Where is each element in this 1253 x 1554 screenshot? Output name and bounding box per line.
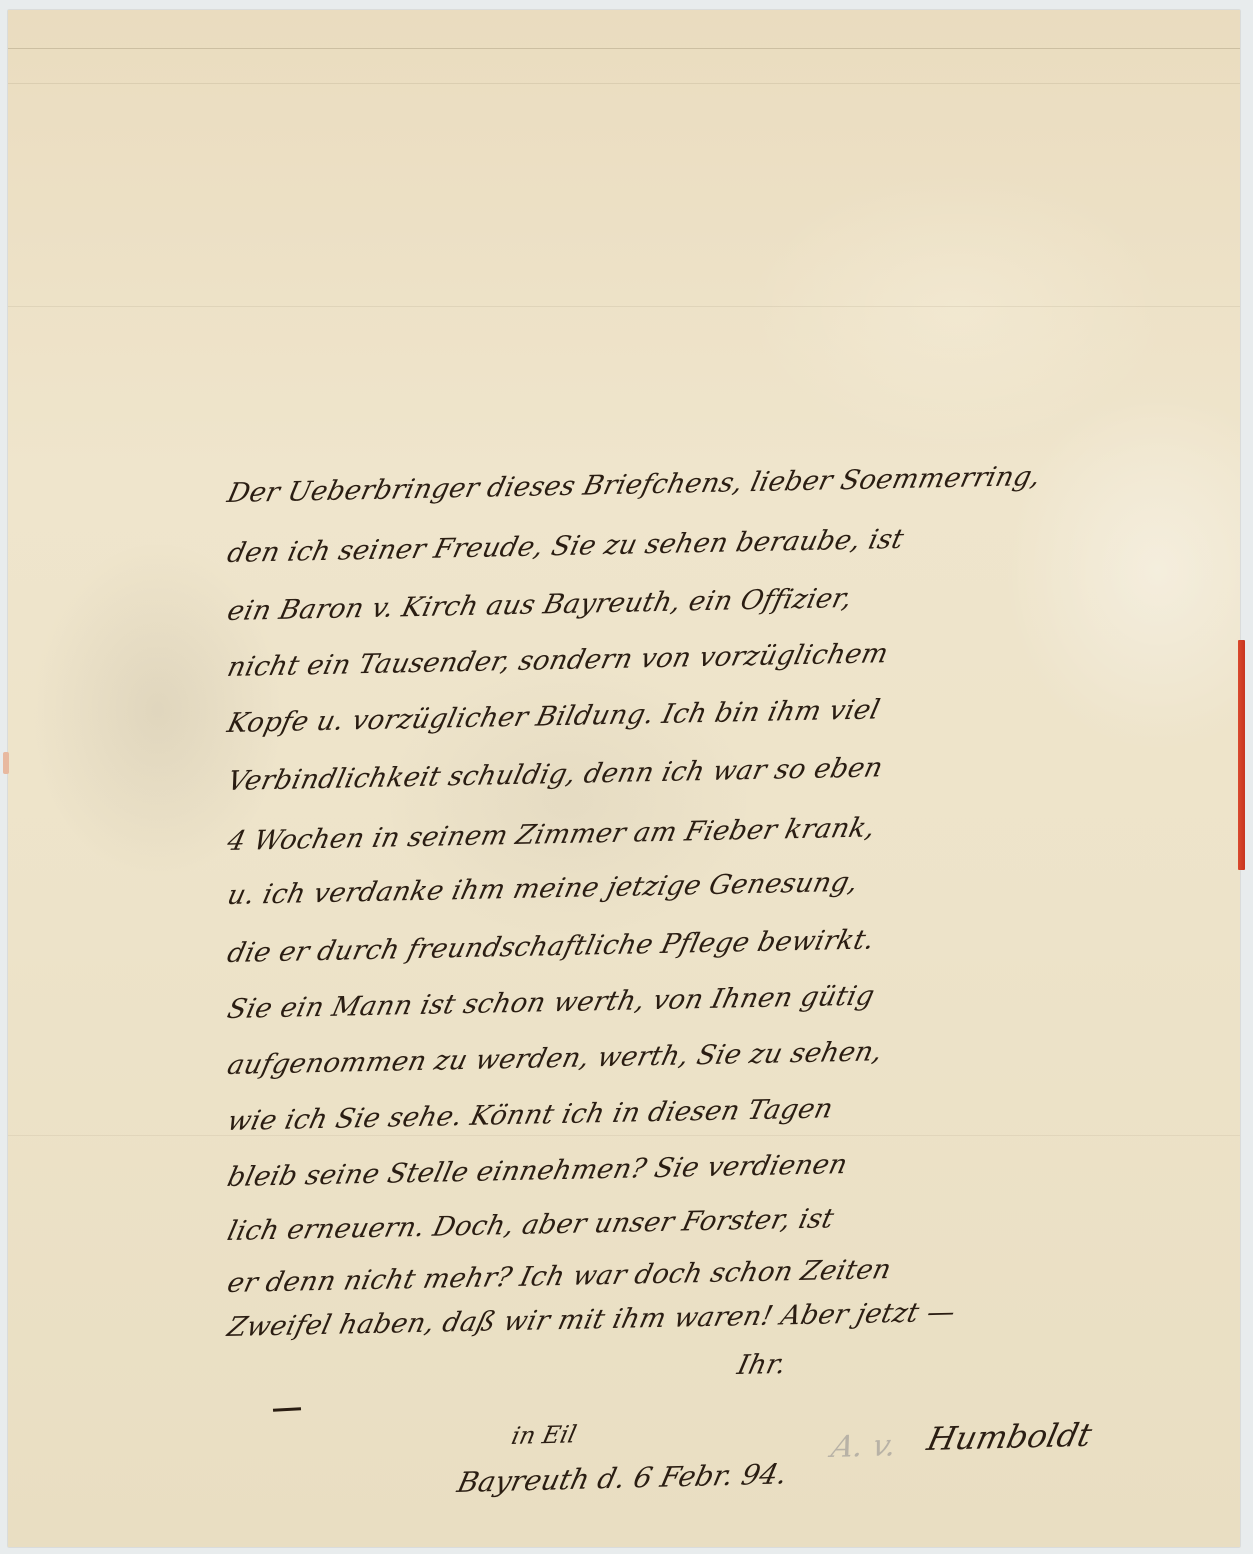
haste-note: in Eil (509, 1420, 579, 1450)
red-wax-seal-remnant (1238, 640, 1245, 870)
signature: Humboldt (924, 1416, 1096, 1458)
paper-fold-line (8, 1135, 1240, 1136)
paper-fold-line (8, 83, 1240, 84)
paper-fold-line (8, 306, 1240, 307)
paper-tab-mark (3, 752, 9, 774)
scan-background: Der Ueberbringer dieses Briefchens, lieb… (0, 0, 1253, 1554)
paper-fold-line (8, 48, 1240, 49)
letter-line: Ihr. (734, 1349, 789, 1381)
pencil-annotation: A. v. (828, 1428, 900, 1465)
